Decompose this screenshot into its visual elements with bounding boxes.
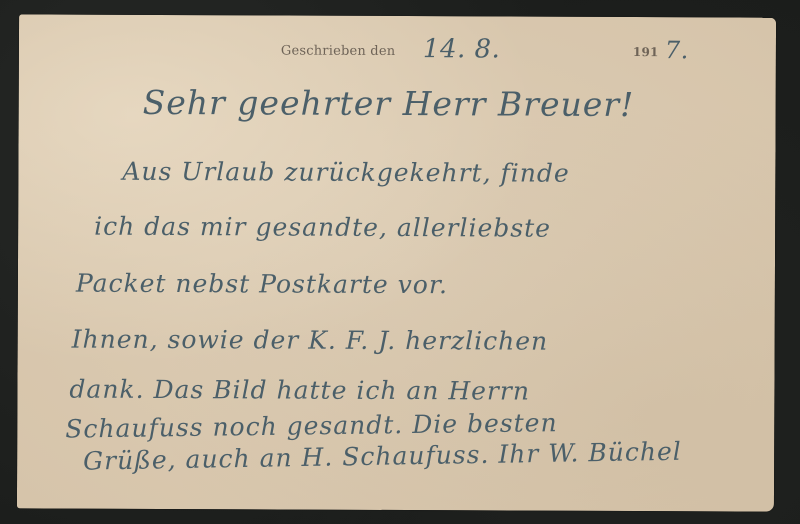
letter-line: Schaufuss noch gesandt. Die besten (65, 408, 558, 443)
printed-year-prefix: 191 (633, 45, 659, 59)
letter-line: Aus Urlaub zurückgekehrt, finde (122, 157, 569, 188)
handwritten-year-digit: 7. (665, 36, 689, 64)
postcard: Geschrieben den 14. 8. 191 7. Sehr geehr… (17, 14, 776, 511)
letter-salutation: Sehr geehrter Herr Breuer! (143, 83, 635, 124)
letter-signature-line: Grüße, auch an H. Schaufuss. Ihr W. Büch… (83, 437, 682, 476)
postcard-header: Geschrieben den 14. 8. 191 7. (19, 32, 776, 65)
letter-line: Ihnen, sowie der K. F. J. herzlichen (72, 325, 549, 356)
letter-line: ich das mir gesandte, allerliebste (94, 212, 551, 243)
letter-line: dank. Das Bild hatte ich an Herrn (69, 375, 530, 406)
handwritten-date: 14. 8. (423, 34, 501, 64)
letter-line: Packet nebst Postkarte vor. (76, 269, 448, 300)
printed-date-label: Geschrieben den (281, 43, 395, 58)
